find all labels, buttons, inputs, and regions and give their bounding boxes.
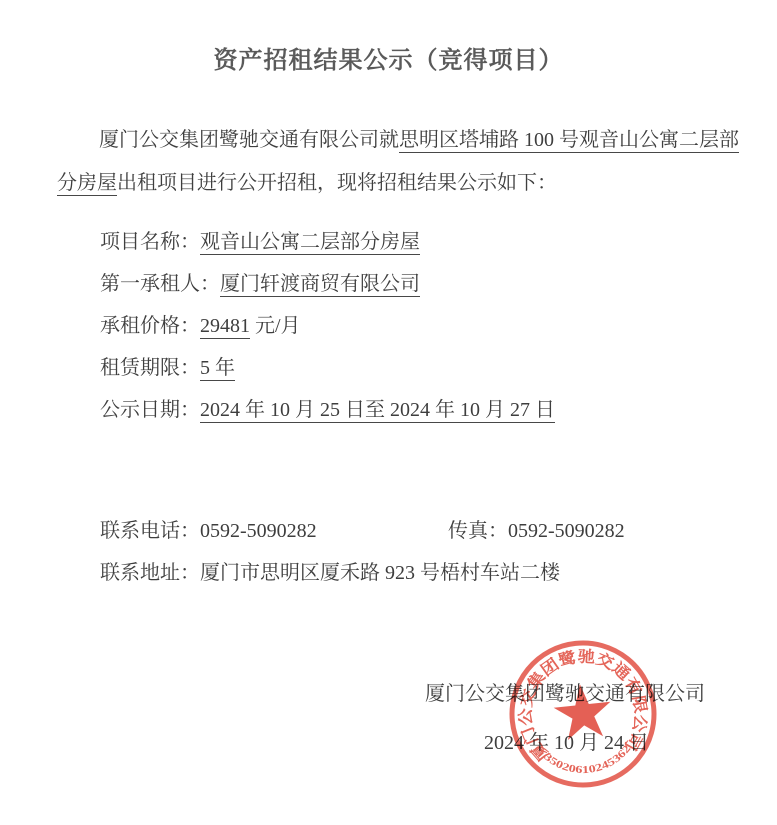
intro-line-1: 厦门公交集团鹭驰交通有限公司就思明区塔埔路 100 号观音山公寓二层部	[57, 119, 727, 162]
field-label: 公示日期：	[100, 399, 200, 421]
field-value: 5 年	[200, 357, 235, 381]
phone-number: 0592-5090282	[200, 520, 317, 542]
field-publicity-period: 公示日期：2024 年 10 月 25 日至 2024 年 10 月 27 日	[100, 389, 727, 431]
signature-date: 2024 年 10 月 24 日	[484, 730, 649, 756]
intro-line2-text: 出租项目进行公开招租，现将招租结果公示如下：	[117, 172, 557, 194]
result-fields: 项目名称：观音山公寓二层部分房屋 第一承租人：厦门轩渡商贸有限公司 承租价格：2…	[100, 221, 727, 431]
contact-address-row: 联系地址：厦门市思明区厦禾路 923 号梧村车站二楼	[100, 557, 727, 589]
field-label: 项目名称：	[100, 231, 200, 253]
fax-label: 传真：	[448, 520, 508, 542]
intro-line1-text: 厦门公交集团鹭驰交通有限公司就	[99, 129, 399, 151]
page-title: 资产招租结果公示（竞得项目）	[0, 40, 777, 75]
field-label: 承租价格：	[100, 315, 200, 337]
field-rent-price: 承租价格：29481 元/月	[100, 305, 727, 347]
phone-label: 联系电话：	[100, 520, 200, 542]
company-seal: 厦门公交集团鹭驰交通有限公司 35020610245362	[473, 604, 693, 824]
announcement-document: 资产招租结果公示（竞得项目） 厦门公交集团鹭驰交通有限公司就思明区塔埔路 100…	[0, 0, 777, 825]
field-value: 观音山公寓二层部分房屋	[200, 231, 420, 255]
field-first-lessee: 第一承租人：厦门轩渡商贸有限公司	[100, 263, 727, 305]
field-value: 2024 年 10 月 25 日至 2024 年 10 月 27 日	[200, 399, 555, 423]
field-suffix: 元/月	[250, 315, 301, 337]
fax-group: 传真：0592-5090282	[448, 515, 625, 547]
fax-number: 0592-5090282	[508, 520, 625, 542]
field-lease-term: 租赁期限：5 年	[100, 347, 727, 389]
seal-ring	[505, 636, 661, 792]
field-value: 29481	[200, 315, 250, 339]
intro-paragraph: 厦门公交集团鹭驰交通有限公司就思明区塔埔路 100 号观音山公寓二层部 分房屋出…	[57, 119, 727, 205]
signature-company: 厦门公交集团鹭驰交通有限公司	[425, 681, 705, 707]
intro-line1-underlined: 思明区塔埔路 100 号观音山公寓二层部	[399, 129, 739, 153]
contact-phone-fax-row: 联系电话：0592-5090282 传真：0592-5090282	[100, 515, 727, 547]
field-label: 租赁期限：	[100, 357, 200, 379]
address-value: 厦门市思明区厦禾路 923 号梧村车站二楼	[200, 562, 560, 584]
intro-line-2: 分房屋出租项目进行公开招租，现将招租结果公示如下：	[57, 162, 727, 205]
field-project-name: 项目名称：观音山公寓二层部分房屋	[100, 221, 727, 263]
field-label: 第一承租人：	[100, 273, 220, 295]
intro-line2-underlined: 分房屋	[57, 172, 117, 196]
field-value: 厦门轩渡商贸有限公司	[220, 273, 420, 297]
address-label: 联系地址：	[100, 562, 200, 584]
